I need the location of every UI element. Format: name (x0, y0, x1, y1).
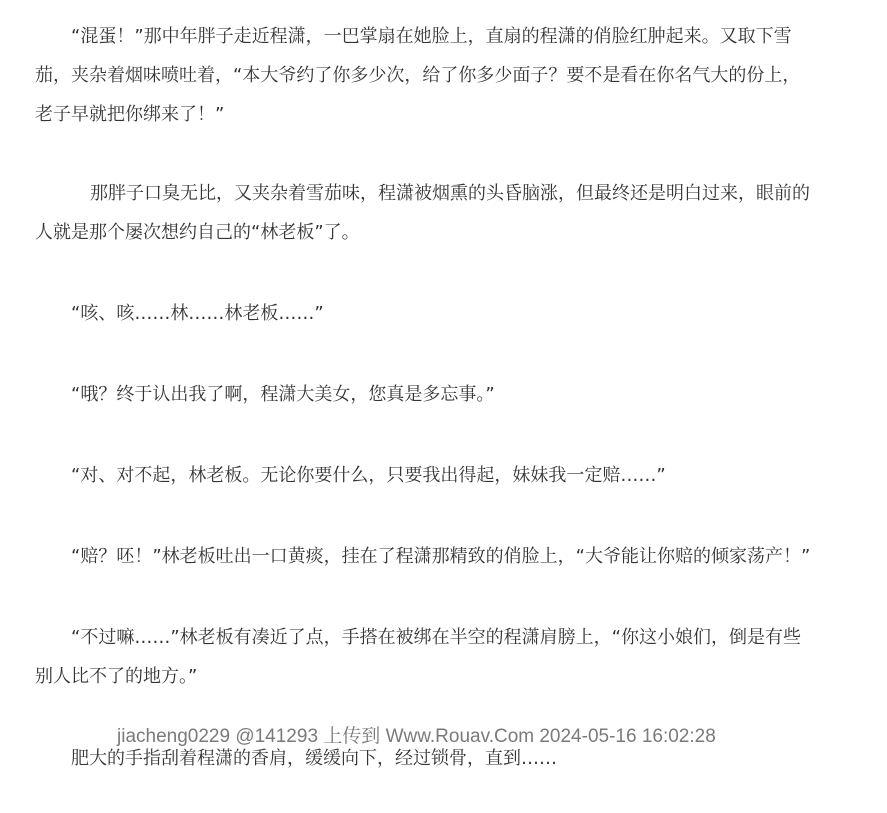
paragraph-6: “赔？呸！”林老板吐出一口黄痰，挂在了程潇那精致的俏脸上，“大爷能让你赔的倾家荡… (35, 537, 815, 576)
paragraph-1: “混蛋！”那中年胖子走近程潇，一巴掌扇在她脸上，直扇的程潇的俏脸红肿起来。又取下… (35, 17, 815, 134)
paragraph-7: “不过嘛……”林老板有凑近了点，手搭在被绑在半空的程潇肩膀上，“你这小娘们，倒是… (35, 618, 815, 696)
paragraph-3: “咳、咳……林……林老板……” (35, 294, 815, 333)
paragraph-5: “对、对不起，林老板。无论你要什么，只要我出得起，妹妹我一定赔……” (35, 456, 815, 495)
paragraph-4: “哦？终于认出我了啊，程潇大美女，您真是多忘事。” (35, 375, 815, 414)
paragraph-8: 肥大的手指刮着程潇的香肩，缓缓向下，经过锁骨，直到…… (35, 739, 815, 778)
article-body: “混蛋！”那中年胖子走近程潇，一巴掌扇在她脸上，直扇的程潇的俏脸红肿起来。又取下… (35, 17, 815, 778)
paragraph-2: 那胖子口臭无比，又夹杂着雪茄味，程潇被烟熏的头昏脑涨，但最终还是明白过来，眼前的… (35, 174, 815, 252)
